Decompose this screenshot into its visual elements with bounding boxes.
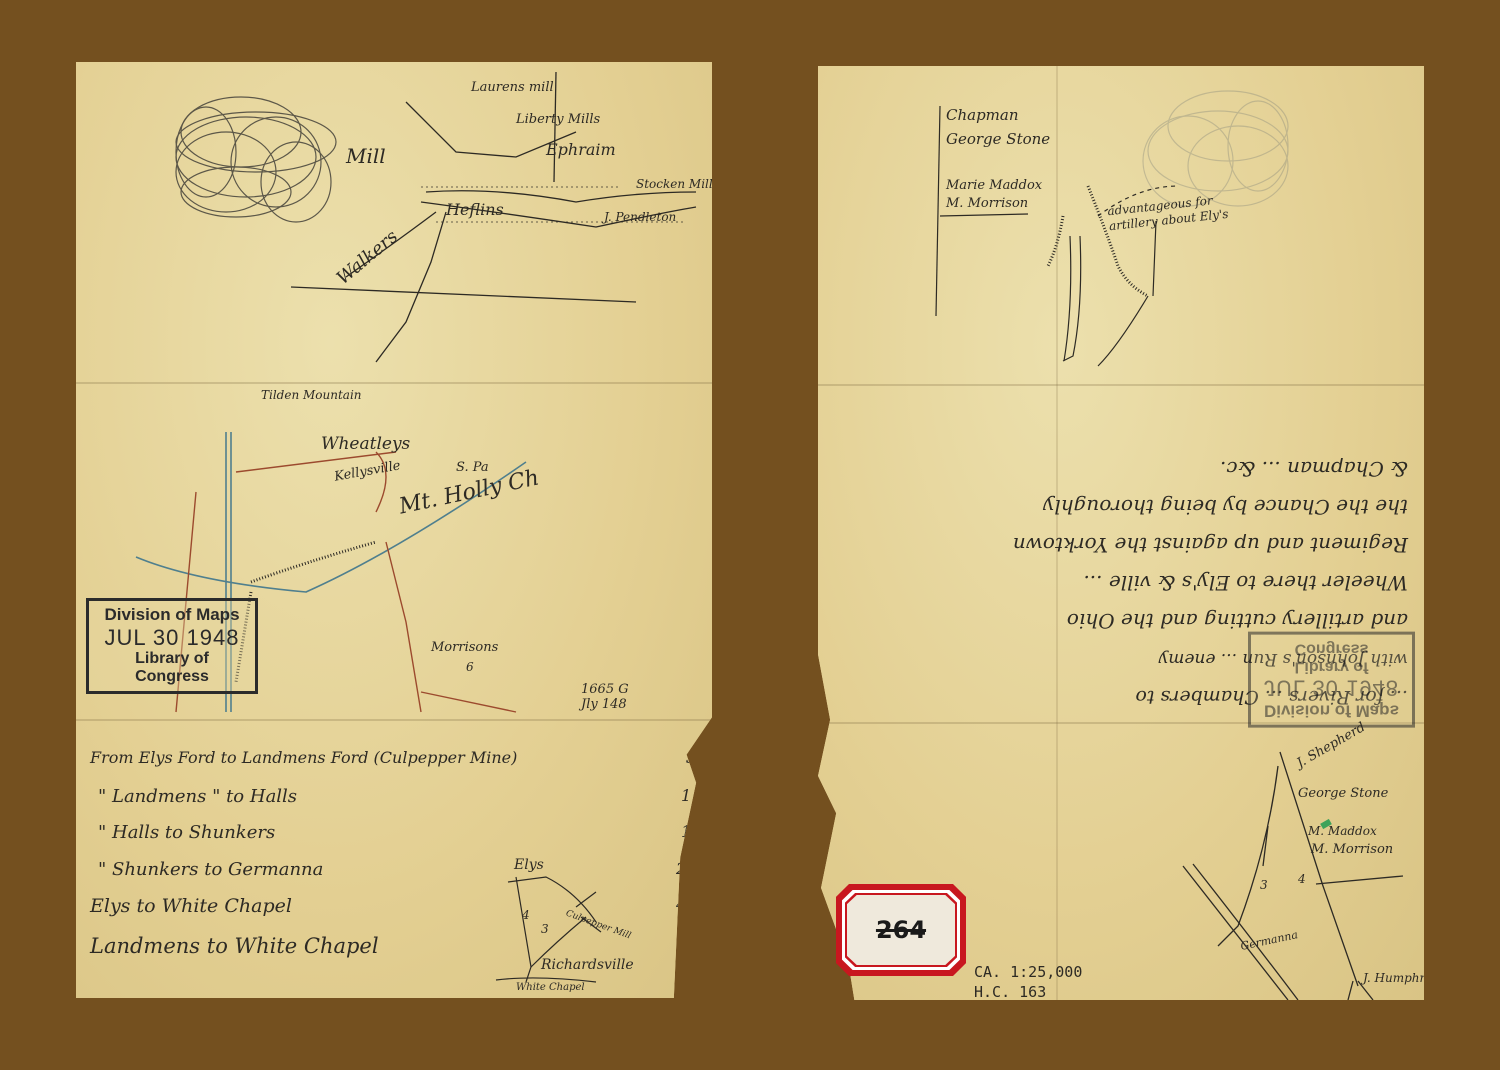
map-label: Richardsville (541, 957, 634, 973)
map-label: 3 (1260, 878, 1268, 892)
left-manuscript-page: Mill Laurens mill Liberty Mills Ephraim … (76, 62, 712, 998)
map-label: White Chapel (516, 982, 585, 993)
bottom-sketch-map (818, 66, 1424, 1000)
map-label: M. Morrison (1311, 842, 1393, 857)
collection-number: 264 (876, 916, 926, 944)
right-manuscript-page: Chapman George Stone Marie Maddox M. Mor… (818, 66, 1424, 1000)
map-label: 4 (522, 908, 530, 922)
map-label: 4 (1298, 872, 1306, 886)
map-label: Elys (514, 857, 544, 873)
map-label: J. Humphries (1363, 971, 1442, 985)
scale-note: CA. 1:25,000 H.C. 163 (974, 962, 1082, 1002)
inset-sketch-map (76, 62, 712, 998)
collection-label: 264 (836, 884, 966, 976)
map-label: M. Maddox (1308, 824, 1377, 838)
map-label: George Stone (1298, 786, 1388, 801)
map-label: 3 (541, 922, 549, 936)
